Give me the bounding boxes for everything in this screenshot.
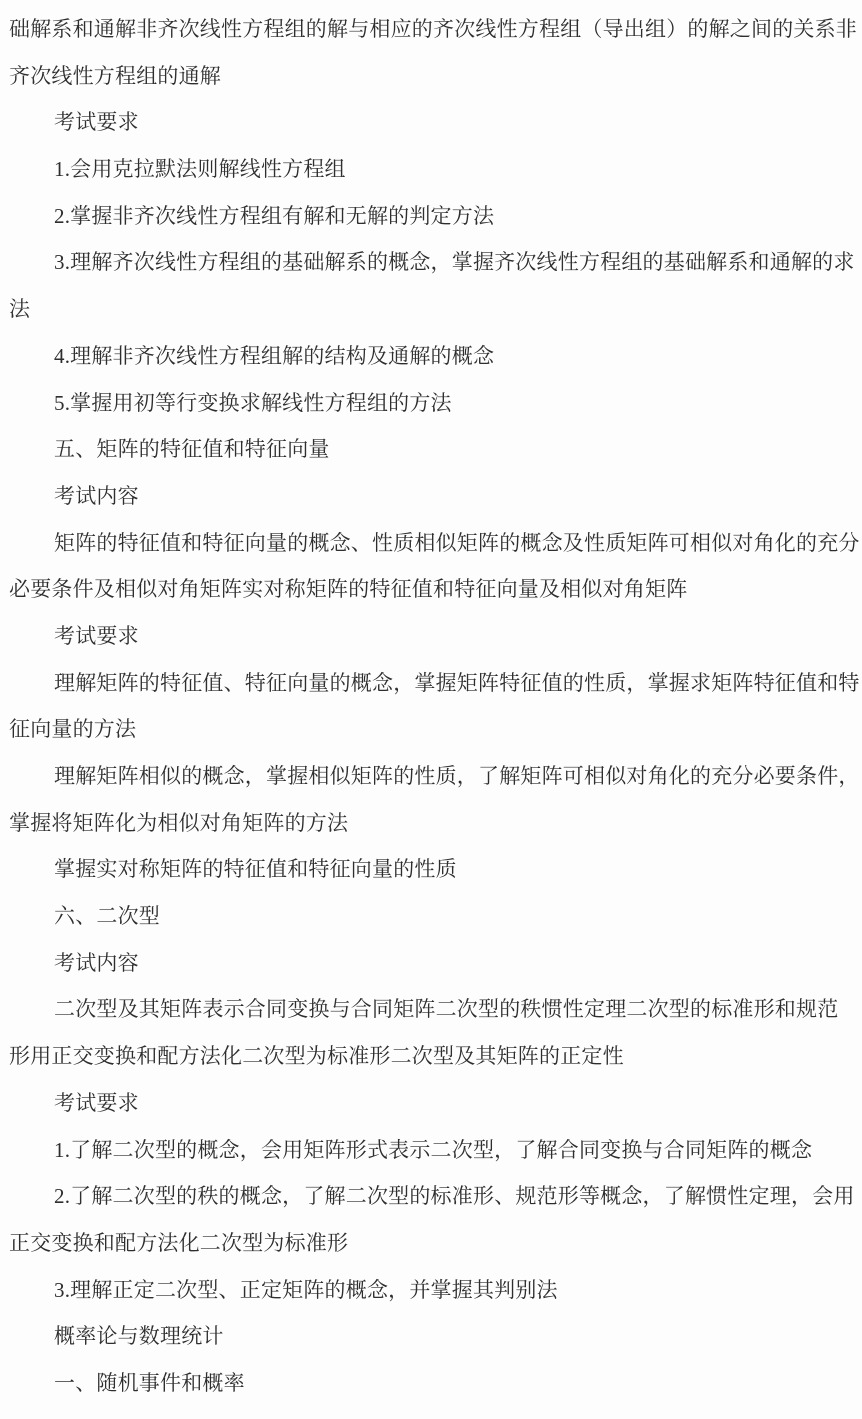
text-line: 1.了解二次型的概念，会用矩阵形式表示二次型，了解合同变换与合同矩阵的概念 — [9, 1127, 856, 1174]
text-line: 征向量的方法 — [9, 706, 856, 753]
text-line: 掌握实对称矩阵的特征值和特征向量的性质 — [9, 846, 856, 893]
text-line: 矩阵的特征值和特征向量的概念、性质相似矩阵的概念及性质矩阵可相似对角化的充分 — [9, 520, 856, 567]
document-text: 础解系和通解非齐次线性方程组的解与相应的齐次线性方程组（导出组）的解之间的关系非… — [9, 6, 856, 1407]
text-line: 理解矩阵的特征值、特征向量的概念，掌握矩阵特征值的性质，掌握求矩阵特征值和特 — [9, 660, 856, 707]
text-line: 必要条件及相似对角矩阵实对称矩阵的特征值和特征向量及相似对角矩阵 — [9, 566, 856, 613]
text-line: 概率论与数理统计 — [9, 1313, 856, 1360]
text-line: 二次型及其矩阵表示合同变换与合同矩阵二次型的秩惯性定理二次型的标准形和规范 — [9, 986, 856, 1033]
document-page: 础解系和通解非齐次线性方程组的解与相应的齐次线性方程组（导出组）的解之间的关系非… — [0, 0, 862, 1419]
text-line: 考试要求 — [9, 1080, 856, 1127]
text-line: 4.理解非齐次线性方程组解的结构及通解的概念 — [9, 333, 856, 380]
text-line: 齐次线性方程组的通解 — [9, 53, 856, 100]
text-line: 一、随机事件和概率 — [9, 1360, 856, 1407]
text-line: 5.掌握用初等行变换求解线性方程组的方法 — [9, 380, 856, 427]
text-line: 3.理解正定二次型、正定矩阵的概念，并掌握其判别法 — [9, 1267, 856, 1314]
text-line: 3.理解齐次线性方程组的基础解系的概念，掌握齐次线性方程组的基础解系和通解的求 — [9, 239, 856, 286]
text-line: 五、矩阵的特征值和特征向量 — [9, 426, 856, 473]
text-line: 础解系和通解非齐次线性方程组的解与相应的齐次线性方程组（导出组）的解之间的关系非 — [9, 6, 856, 53]
text-line: 六、二次型 — [9, 893, 856, 940]
text-line: 掌握将矩阵化为相似对角矩阵的方法 — [9, 800, 856, 847]
text-line: 考试要求 — [9, 99, 856, 146]
text-line: 考试内容 — [9, 473, 856, 520]
text-line: 考试内容 — [9, 940, 856, 987]
text-line: 考试要求 — [9, 613, 856, 660]
text-line: 法 — [9, 286, 856, 333]
text-line: 1.会用克拉默法则解线性方程组 — [9, 146, 856, 193]
text-line: 正交变换和配方法化二次型为标准形 — [9, 1220, 856, 1267]
text-line: 2.掌握非齐次线性方程组有解和无解的判定方法 — [9, 193, 856, 240]
text-line: 形用正交变换和配方法化二次型为标准形二次型及其矩阵的正定性 — [9, 1033, 856, 1080]
text-line: 理解矩阵相似的概念，掌握相似矩阵的性质，了解矩阵可相似对角化的充分必要条件， — [9, 753, 856, 800]
text-line: 2.了解二次型的秩的概念，了解二次型的标准形、规范形等概念，了解惯性定理，会用 — [9, 1173, 856, 1220]
